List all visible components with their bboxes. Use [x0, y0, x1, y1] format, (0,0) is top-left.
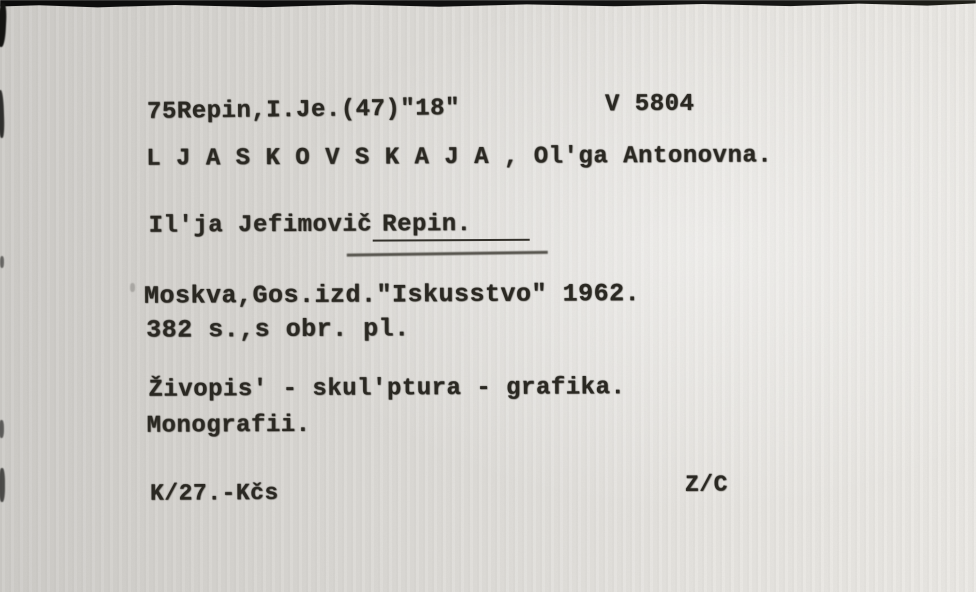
price-code: K/27.-Kčs [150, 480, 279, 507]
hand-drawn-underline [347, 251, 548, 256]
call-number: 75Repin,I.Je.(47)"18" [147, 95, 460, 126]
collation-line: 382 s.,s obr. pl. [146, 314, 410, 344]
title-underlined: Repin. [372, 211, 530, 242]
title-line: Il'ja JefimovičRepin. [149, 211, 530, 240]
location-code: Z/C [685, 472, 728, 498]
subjects-line: Živopis' - skul'ptura - grafika. [148, 374, 625, 403]
author-heading: L J A S K O V S K A J A , Ol'ga Antonovn… [146, 143, 772, 173]
catalog-card-scan: 75Repin,I.Je.(47)"18" V 5804 L J A S K O… [0, 0, 976, 592]
card-text: 75Repin,I.Je.(47)"18" V 5804 L J A S K O… [0, 0, 976, 592]
genre-line: Monografii. [147, 412, 311, 440]
title-prefix: Il'ja Jefimovič [149, 212, 373, 240]
inventory-number: V 5804 [605, 91, 695, 118]
imprint-line: Moskva,Gos.izd."Iskusstvo" 1962. [144, 279, 640, 311]
